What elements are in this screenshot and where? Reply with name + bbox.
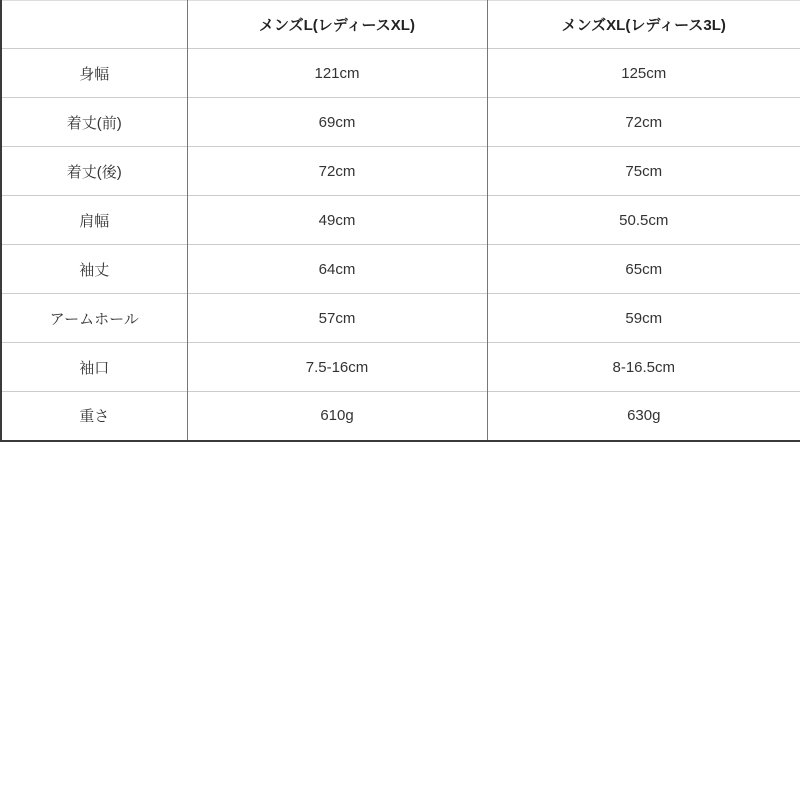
table-row: 肩幅49cm50.5cm [1,196,800,245]
row-value: 50.5cm [487,196,800,245]
header-cell-empty [1,1,187,49]
row-value: 75cm [487,147,800,196]
table-row: 重さ610g630g [1,392,800,441]
row-value: 125cm [487,49,800,98]
header-row: メンズL(レディースXL) メンズXL(レディース3L) [1,1,800,49]
size-chart-body: 身幅121cm125cm着丈(前)69cm72cm着丈(後)72cm75cm肩幅… [1,49,800,441]
row-label: 重さ [1,392,187,441]
header-cell-mens-xl: メンズXL(レディース3L) [487,1,800,49]
row-value: 8-16.5cm [487,343,800,392]
table-row: 袖丈64cm65cm [1,245,800,294]
table-row: 袖口7.5-16cm8-16.5cm [1,343,800,392]
row-value: 64cm [187,245,487,294]
table-row: アームホール57cm59cm [1,294,800,343]
row-label: 身幅 [1,49,187,98]
row-label: 袖口 [1,343,187,392]
header-cell-mens-l: メンズL(レディースXL) [187,1,487,49]
row-value: 630g [487,392,800,441]
row-label: 肩幅 [1,196,187,245]
row-label: 着丈(前) [1,98,187,147]
row-label: アームホール [1,294,187,343]
table-row: 身幅121cm125cm [1,49,800,98]
row-value: 121cm [187,49,487,98]
row-value: 72cm [187,147,487,196]
page: メンズL(レディースXL) メンズXL(レディース3L) 身幅121cm125c… [0,0,800,800]
table-row: 着丈(前)69cm72cm [1,98,800,147]
row-value: 7.5-16cm [187,343,487,392]
row-value: 610g [187,392,487,441]
row-value: 65cm [487,245,800,294]
row-value: 72cm [487,98,800,147]
row-value: 49cm [187,196,487,245]
row-label: 袖丈 [1,245,187,294]
size-chart-table: メンズL(レディースXL) メンズXL(レディース3L) 身幅121cm125c… [0,0,800,442]
row-value: 57cm [187,294,487,343]
row-label: 着丈(後) [1,147,187,196]
size-chart-header: メンズL(レディースXL) メンズXL(レディース3L) [1,1,800,49]
row-value: 69cm [187,98,487,147]
table-row: 着丈(後)72cm75cm [1,147,800,196]
row-value: 59cm [487,294,800,343]
